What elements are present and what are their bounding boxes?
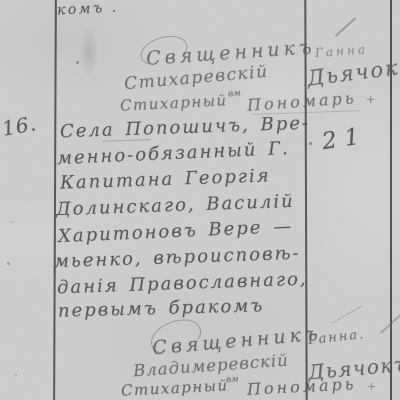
entry-text-line: Долинскаго, Василій bbox=[56, 191, 295, 220]
ink-speck bbox=[7, 262, 10, 265]
clerk-name-top: Ганна bbox=[315, 42, 369, 60]
ink-speck bbox=[15, 374, 17, 376]
manuscript-page: комъ . Священникъ Ганна Стихаревскій Дья… bbox=[0, 0, 400, 400]
entry-text-line: Харитоновъ Вере — bbox=[58, 216, 294, 247]
cross-mark-bottom: + bbox=[367, 380, 376, 393]
ink-smudge bbox=[80, 26, 98, 78]
groom-age: 21 bbox=[320, 123, 368, 155]
entry-text-line: первымъ бракомъ bbox=[58, 295, 265, 321]
signature-abbreviation-bottom: вм bbox=[226, 375, 239, 386]
entry-text-line: мьенко, вѣроисповѣ- bbox=[54, 243, 301, 273]
sexton-word-bottom: Пономарь bbox=[247, 374, 357, 399]
entry-row-number: 16. bbox=[0, 111, 38, 141]
signature-abbreviation-top: вм bbox=[228, 89, 241, 100]
pencil-stroke-top-right bbox=[335, 17, 356, 36]
sexton-title-top: Стихарный bbox=[120, 91, 228, 115]
ink-speck bbox=[11, 221, 13, 223]
entry-text-line: менно-обязанный Г. bbox=[57, 138, 291, 169]
pencil-stroke-bottom-right bbox=[332, 306, 362, 324]
cross-mark-top: + bbox=[366, 93, 375, 106]
word-underline bbox=[102, 139, 150, 142]
ink-speck bbox=[309, 142, 312, 145]
priest-surname-top: Стихаревскій bbox=[123, 62, 269, 95]
entry-text-line: данія Православнаго, bbox=[57, 269, 308, 299]
margin-note: комъ . bbox=[57, 0, 119, 19]
entry-text-line: Капитана Георгія bbox=[60, 165, 271, 193]
ink-speck bbox=[76, 61, 79, 64]
